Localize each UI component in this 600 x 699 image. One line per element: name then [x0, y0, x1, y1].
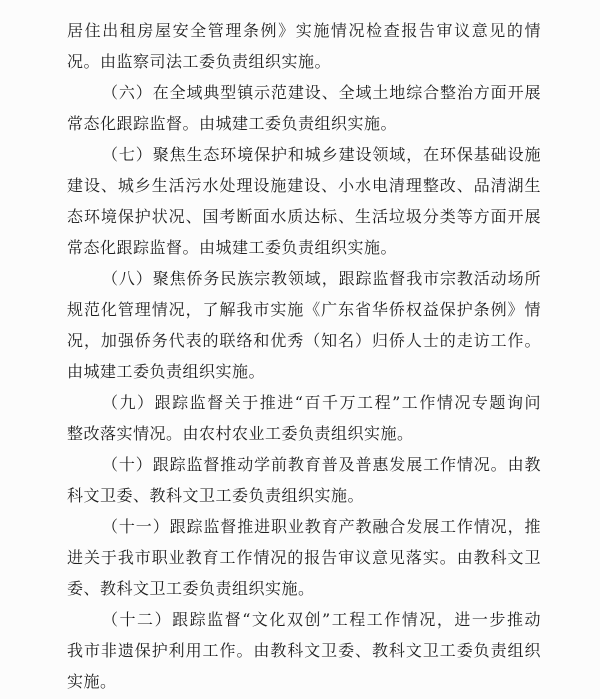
text-line: 居住出租房屋安全管理条例》实施情况检查报告审议意见的情 [67, 15, 541, 46]
text-line: 由城建工委负责组织实施。 [67, 356, 541, 387]
text-line: 实施。 [67, 666, 541, 697]
text-line: 况。由监察司法工委负责组织实施。 [67, 46, 541, 77]
text-line: 况，加强侨务代表的联络和优秀（知名）归侨人士的走访工作。 [67, 325, 541, 356]
text-line: 态环境保护状况、国考断面水质达标、生活垃圾分类等方面开展 [67, 201, 541, 232]
text-line: （八）聚焦侨务民族宗教领域，跟踪监督我市宗教活动场所 [67, 263, 541, 294]
text-line: 常态化跟踪监督。由城建工委负责组织实施。 [67, 232, 541, 263]
text-line: 规范化管理情况，了解我市实施《广东省华侨权益保护条例》情 [67, 294, 541, 325]
text-line: 整改落实情况。由农村农业工委负责组织实施。 [67, 418, 541, 449]
text-line: （六）在全域典型镇示范建设、全域土地综合整治方面开展 [67, 77, 541, 108]
text-line: （十）跟踪监督推动学前教育普及普惠发展工作情况。由教 [67, 449, 541, 480]
text-line: 委、教科文卫工委负责组织实施。 [67, 573, 541, 604]
text-line: （九）跟踪监督关于推进“百千万工程”工作情况专题询问 [67, 387, 541, 418]
text-line: （七）聚焦生态环境保护和城乡建设领域，在环保基础设施 [67, 139, 541, 170]
text-line: 建设、城乡生活污水处理设施建设、小水电清理整改、品清湖生 [67, 170, 541, 201]
text-line: 常态化跟踪监督。由城建工委负责组织实施。 [67, 108, 541, 139]
document-page: 居住出租房屋安全管理条例》实施情况检查报告审议意见的情况。由监察司法工委负责组织… [0, 0, 600, 699]
text-line: 我市非遗保护利用工作。由教科文卫委、教科文卫工委负责组织 [67, 635, 541, 666]
document-text-block: 居住出租房屋安全管理条例》实施情况检查报告审议意见的情况。由监察司法工委负责组织… [67, 15, 541, 697]
text-line: （十一）跟踪监督推进职业教育产教融合发展工作情况，推 [67, 511, 541, 542]
text-line: 科文卫委、教科文卫工委负责组织实施。 [67, 480, 541, 511]
text-line: （十二）跟踪监督“文化双创”工程工作情况，进一步推动 [67, 604, 541, 635]
text-line: 进关于我市职业教育工作情况的报告审议意见落实。由教科文卫 [67, 542, 541, 573]
